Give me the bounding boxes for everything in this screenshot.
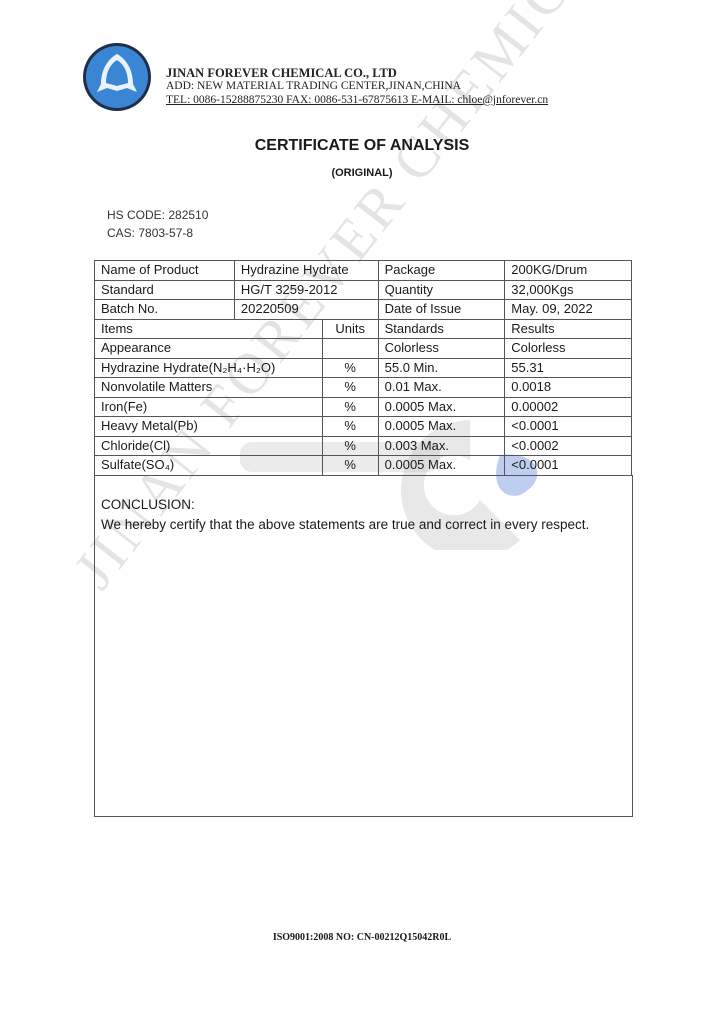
document-title: CERTIFICATE OF ANALYSIS bbox=[0, 137, 724, 155]
item-units: % bbox=[322, 436, 378, 456]
info-value: May. 09, 2022 bbox=[505, 300, 632, 320]
item-units: % bbox=[322, 378, 378, 398]
item-name: Hydrazine Hydrate(N₂H₄·H₂O) bbox=[95, 358, 323, 378]
item-units: % bbox=[322, 417, 378, 437]
item-units: % bbox=[322, 358, 378, 378]
company-header: JINAN FOREVER CHEMICAL CO., LTD ADD: NEW… bbox=[166, 66, 548, 107]
table-row: Sulfate(SO₄)%0.0005 Max.<0.0001 bbox=[95, 456, 632, 476]
item-result: <0.0001 bbox=[505, 417, 632, 437]
info-row: Name of ProductHydrazine HydratePackage2… bbox=[95, 261, 632, 281]
table-row: Hydrazine Hydrate(N₂H₄·H₂O)%55.0 Min.55.… bbox=[95, 358, 632, 378]
item-result: <0.0002 bbox=[505, 436, 632, 456]
info-label: Batch No. bbox=[95, 300, 235, 320]
info-label: Name of Product bbox=[95, 261, 235, 281]
conclusion-heading: CONCLUSION: bbox=[101, 495, 589, 515]
info-label: Package bbox=[378, 261, 505, 281]
conclusion: CONCLUSION: We hereby certify that the a… bbox=[101, 495, 589, 535]
item-units bbox=[322, 339, 378, 359]
item-standard: Colorless bbox=[378, 339, 505, 359]
document-subtitle: (ORIGINAL) bbox=[0, 167, 724, 179]
item-units: % bbox=[322, 397, 378, 417]
item-standard: 0.01 Max. bbox=[378, 378, 505, 398]
table-row: Heavy Metal(Pb)%0.0005 Max.<0.0001 bbox=[95, 417, 632, 437]
item-result: 0.0018 bbox=[505, 378, 632, 398]
info-label: Quantity bbox=[378, 280, 505, 300]
item-standard: 0.0005 Max. bbox=[378, 456, 505, 476]
info-value: HG/T 3259-2012 bbox=[234, 280, 378, 300]
item-standard: 0.003 Max. bbox=[378, 436, 505, 456]
item-result: Colorless bbox=[505, 339, 632, 359]
info-value: 32,000Kgs bbox=[505, 280, 632, 300]
analysis-header-row: ItemsUnitsStandardsResults bbox=[95, 319, 632, 339]
table-row: Nonvolatile Matters%0.01 Max.0.0018 bbox=[95, 378, 632, 398]
company-contact: TEL: 0086-15288875230 FAX: 0086-531-6787… bbox=[166, 93, 548, 107]
info-value: 200KG/Drum bbox=[505, 261, 632, 281]
info-value: Hydrazine Hydrate bbox=[234, 261, 378, 281]
info-row: Batch No.20220509Date of IssueMay. 09, 2… bbox=[95, 300, 632, 320]
item-name: Iron(Fe) bbox=[95, 397, 323, 417]
item-name: Chloride(Cl) bbox=[95, 436, 323, 456]
item-name: Appearance bbox=[95, 339, 323, 359]
column-header-standards: Standards bbox=[378, 319, 505, 339]
item-result: 55.31 bbox=[505, 358, 632, 378]
item-standard: 0.0005 Max. bbox=[378, 397, 505, 417]
table-row: Chloride(Cl)%0.003 Max.<0.0002 bbox=[95, 436, 632, 456]
item-units: % bbox=[322, 456, 378, 476]
company-name: JINAN FOREVER CHEMICAL CO., LTD bbox=[166, 66, 548, 80]
info-label: Standard bbox=[95, 280, 235, 300]
info-value: 20220509 bbox=[234, 300, 378, 320]
item-standard: 55.0 Min. bbox=[378, 358, 505, 378]
info-label: Date of Issue bbox=[378, 300, 505, 320]
column-header-results: Results bbox=[505, 319, 632, 339]
item-standard: 0.0005 Max. bbox=[378, 417, 505, 437]
item-name: Sulfate(SO₄) bbox=[95, 456, 323, 476]
item-result: 0.00002 bbox=[505, 397, 632, 417]
table-row: Iron(Fe)%0.0005 Max.0.00002 bbox=[95, 397, 632, 417]
company-address: ADD: NEW MATERIAL TRADING CENTER,JINAN,C… bbox=[166, 80, 548, 93]
analysis-table: Name of ProductHydrazine HydratePackage2… bbox=[94, 260, 632, 476]
table-row: AppearanceColorlessColorless bbox=[95, 339, 632, 359]
column-header-units: Units bbox=[322, 319, 378, 339]
conclusion-text: We hereby certify that the above stateme… bbox=[101, 515, 589, 535]
cas-number: CAS: 7803-57-8 bbox=[107, 224, 208, 242]
company-logo-icon bbox=[82, 42, 152, 112]
item-name: Heavy Metal(Pb) bbox=[95, 417, 323, 437]
item-result: <0.0001 bbox=[505, 456, 632, 476]
hs-code: HS CODE: 282510 bbox=[107, 206, 208, 224]
info-row: StandardHG/T 3259-2012Quantity32,000Kgs bbox=[95, 280, 632, 300]
column-header-items: Items bbox=[95, 319, 323, 339]
iso-footer: ISO9001:2008 NO: CN-00212Q15042R0L bbox=[0, 932, 724, 943]
document-meta: HS CODE: 282510 CAS: 7803-57-8 bbox=[107, 206, 208, 242]
item-name: Nonvolatile Matters bbox=[95, 378, 323, 398]
